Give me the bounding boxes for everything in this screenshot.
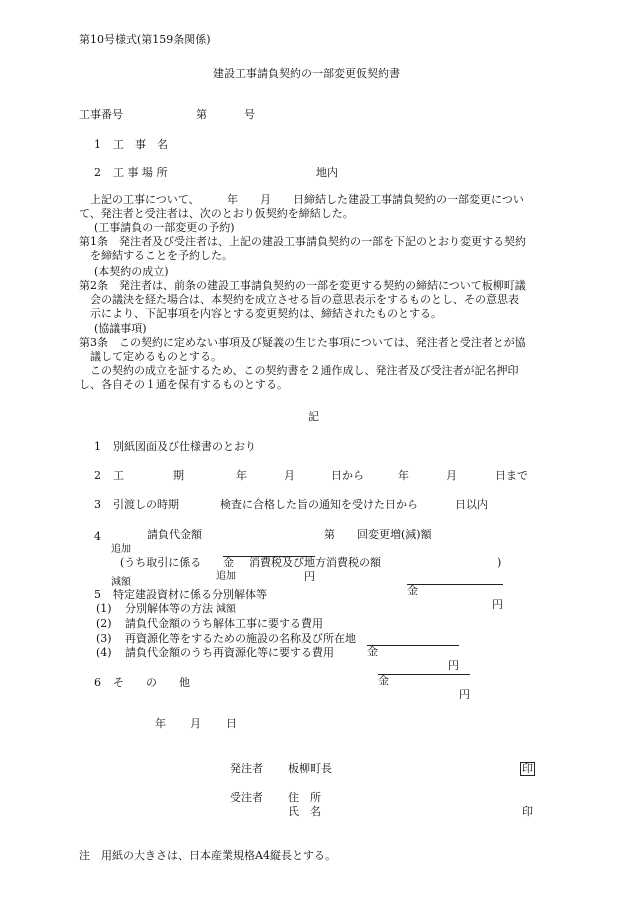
article-3-heading: (協議事項) [94, 322, 147, 336]
detail-3-num: 3 [94, 498, 101, 512]
detail-6-num: 6 [94, 676, 101, 690]
detail-3-within: 日以内 [455, 498, 488, 512]
form-number: 第10号様式(第159条関係) [79, 33, 211, 47]
closing-line-1: この契約の成立を証するため、この契約書を２通作成し、発注者及び受注者が記名押印 [90, 364, 519, 378]
contractor-name-label: 氏 名 [288, 805, 321, 819]
article-3-line-1: 第3条 この契約に定めない事項及び疑義の生じた事項については、発注者と受注者とが… [79, 336, 526, 350]
article-2-line-2: 会の議決を経た場合は、本契約を成立させる旨の意思表示をするものとし、その意思表 [90, 293, 519, 307]
page-title: 建設工事請負契約の一部変更仮契約書 [213, 67, 400, 81]
detail-6-label: そ の 他 [113, 676, 190, 690]
contractor-label: 受注者 [230, 791, 263, 805]
footnote: 注 用紙の大きさは、日本産業規格A4縦長とする。 [79, 849, 336, 863]
article-1-heading: (工事請負の一部変更の予約) [94, 221, 235, 235]
detail-2-month-1: 月 [284, 469, 295, 483]
detail-3-label: 引渡しの時期 [113, 498, 179, 512]
intro-line-2: て、発注者と受注者は、次のとおり仮契約を締結した。 [79, 207, 354, 221]
detail-5-4-num: (4) [96, 646, 112, 660]
detail-5-3-text: 再資源化等をするための施設の名称及び所在地 [125, 632, 356, 646]
detail-4-yen: 円 [304, 570, 315, 584]
detail-5-4-amount-field[interactable]: 金 円 [371, 646, 470, 716]
ki-heading: 記 [308, 410, 319, 424]
detail-5-2-num: (2) [96, 617, 112, 631]
detail-4-dai: 第 [324, 528, 335, 542]
detail-4-sub-label: 消費税及び地方消費税の額 [249, 556, 381, 570]
detail-4-sub-yen: 円 [492, 598, 503, 612]
detail-5-4-text: 請負代金額のうち再資源化等に要する費用 [125, 646, 334, 660]
detail-5-4-yen: 円 [459, 688, 470, 702]
detail-2-label-b: 期 [173, 469, 184, 483]
detail-4-sub-amount-field[interactable]: 金 円 [400, 556, 503, 626]
orderer-label: 発注者 [230, 762, 263, 776]
contractor-address-label: 住 所 [288, 791, 321, 805]
detail-5-3-num: (3) [96, 632, 112, 646]
detail-1-text: 別紙図面及び仕様書のとおり [113, 440, 256, 454]
detail-4-sub-prefix: (うち取引に係る [120, 556, 201, 570]
detail-5-num: 5 [94, 588, 101, 602]
article-2-line-3: 示により、下記事項を内容とする変更契約は、締結されたものとする。 [90, 307, 442, 321]
closing-line-2: し、各自その１通を保有するものとする。 [79, 378, 288, 392]
detail-4-sub-kin: 金 [407, 584, 418, 598]
work-number-label: 工事番号 [79, 108, 123, 122]
article-1-line-2: を締結することを予約した。 [90, 249, 233, 263]
date-month: 月 [190, 717, 201, 731]
article-3-line-2: 議して定めるものとする。 [90, 350, 222, 364]
item-work-site-num: 2 [94, 166, 101, 180]
item-work-name-num: 1 [94, 138, 101, 152]
date-year: 年 [155, 717, 166, 731]
detail-1-num: 1 [94, 440, 101, 454]
detail-5-1-text: 分別解体等の方法 [125, 602, 213, 616]
detail-4-sub-stack-bottom: 減額 [216, 604, 236, 615]
orderer-seal: 印 [520, 762, 535, 776]
detail-4-sub-stack-top: 追加 [216, 571, 236, 582]
work-number-suffix: 号 [244, 108, 255, 122]
detail-4-label: 請負代金額 [147, 528, 202, 542]
detail-2-until: 日まで [495, 469, 528, 483]
date-day: 日 [226, 717, 237, 731]
intro-line-1: 上記の工事について、 年 月 日締結した建設工事請負契約の一部変更につい [90, 193, 524, 207]
item-work-site-label: 工 事 場 所 [113, 166, 168, 180]
detail-2-month-2: 月 [446, 469, 457, 483]
detail-2-label-a: 工 [113, 469, 124, 483]
detail-2-year-1: 年 [236, 469, 247, 483]
detail-5-4-kin: 金 [378, 674, 389, 688]
detail-4-change: 回変更増(減)額 [357, 528, 432, 542]
item-work-name-label: 工 事 名 [113, 138, 168, 152]
detail-5-2-text: 請負代金額のうち解体工事に要する費用 [125, 617, 323, 631]
article-2-line-1: 第2条 発注者は、前条の建設工事請負契約の一部を変更する契約の締結について板柳町… [79, 279, 526, 293]
detail-4-num: 4 [94, 530, 101, 544]
detail-3-text: 検査に合格した旨の通知を受けた日から [220, 498, 418, 512]
article-2-heading: (本契約の成立) [94, 265, 169, 279]
detail-5-title: 特定建設資材に係る分別解体等 [113, 588, 267, 602]
detail-2-year-2: 年 [398, 469, 409, 483]
item-work-site-value: 地内 [316, 166, 338, 180]
detail-2-from: 日から [331, 469, 364, 483]
detail-4-stack-bottom: 減額 [111, 577, 131, 588]
work-number-prefix: 第 [196, 108, 207, 122]
article-1-line-1: 第1条 発注者及び受注者は、上記の建設工事請負契約の一部を下記のとおり変更する契… [79, 235, 526, 249]
orderer-name: 板柳町長 [288, 762, 332, 776]
detail-2-num: 2 [94, 469, 101, 483]
contractor-seal: 印 [522, 805, 533, 819]
detail-4-stack-top: 追加 [111, 544, 131, 555]
detail-5-1-num: (1) [96, 602, 112, 616]
detail-4-sub-close: ) [497, 556, 501, 570]
